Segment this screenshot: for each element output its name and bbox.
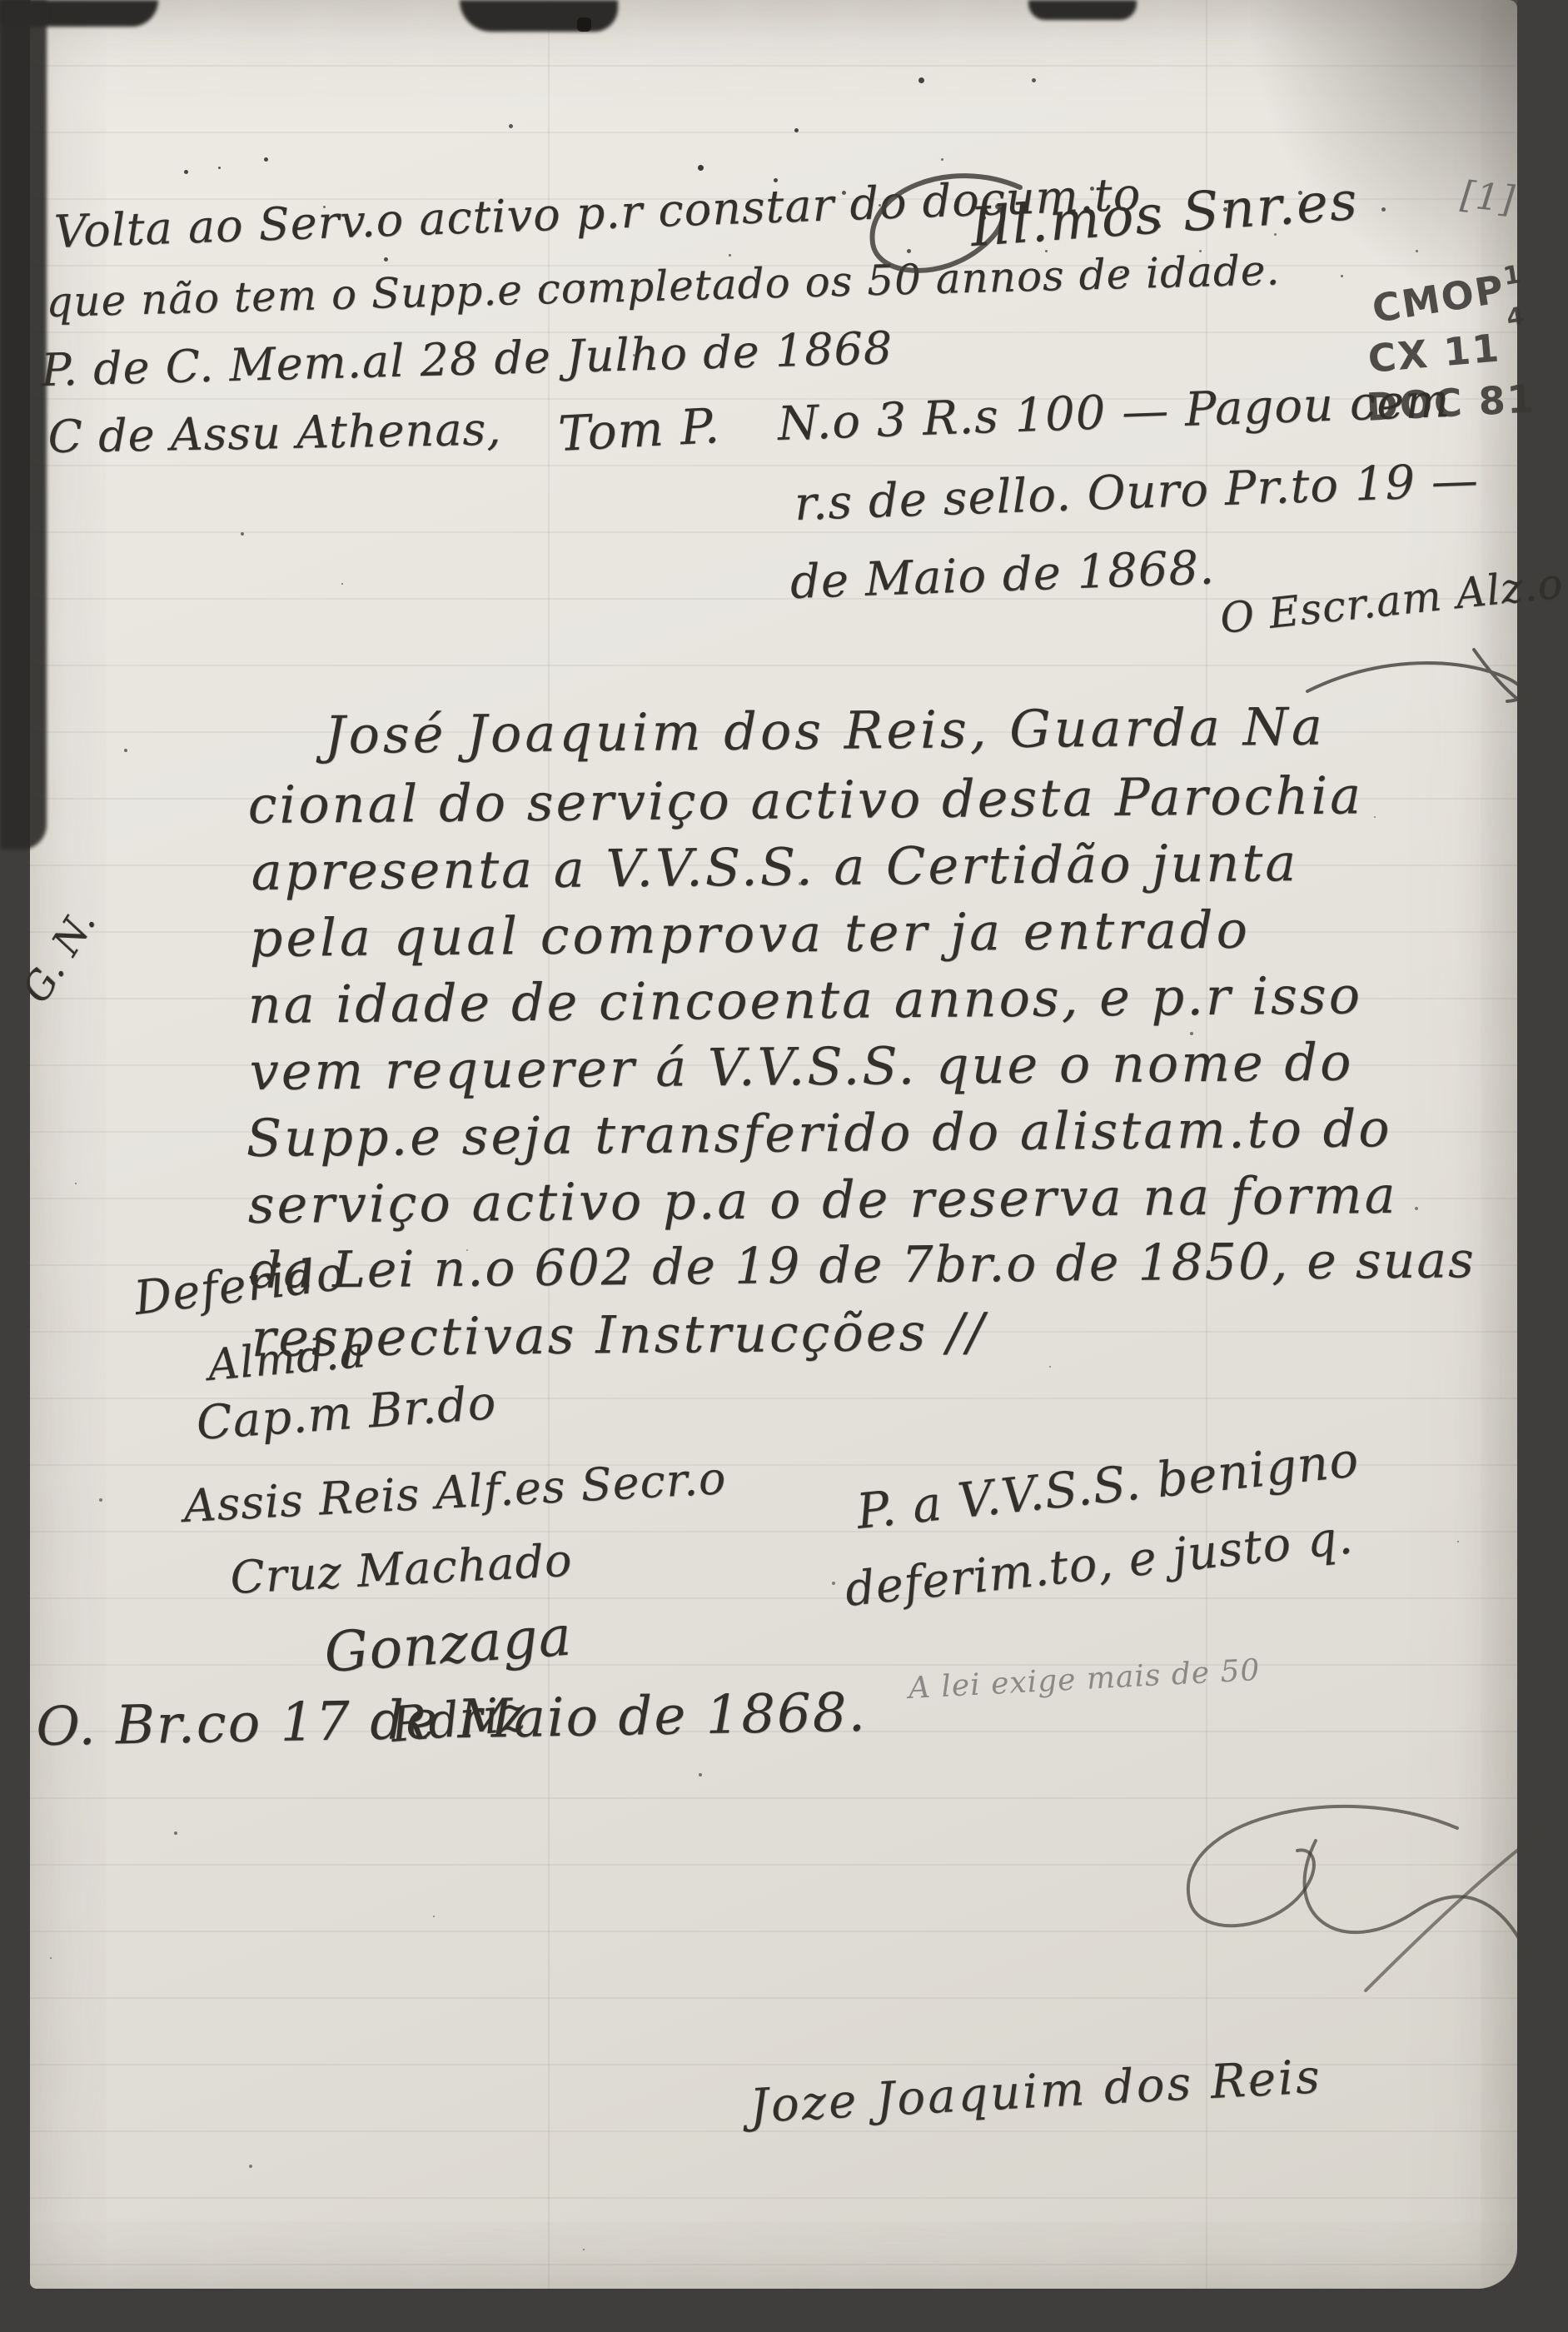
scanned-manuscript-page: [1] CMOP 1 4 CX 11 DOC 81 Volta ao Serv.… [0, 0, 1568, 2332]
scan-edge-artifact [460, 0, 618, 32]
clerk-signature-flourish [1299, 641, 1549, 716]
decision-signature-almeida: Almd.a [206, 1331, 367, 1388]
petition-line4: pela qual comprova ter ja entrado [249, 904, 1251, 964]
petition-line2: cional do serviço activo desta Parochia [247, 770, 1363, 831]
petition-line9: da Lei n.o 602 de 19 de 7br.o de 1850, e… [249, 1235, 1476, 1296]
rubric-flourish [1066, 1782, 1566, 2016]
scan-edge-artifact [0, 0, 47, 850]
dispatch-note-line4: C de Assu Athenas, [47, 406, 502, 460]
scan-edge-artifact [1028, 0, 1137, 20]
petition-line6: vem requerer á V.V.S.S. que o nome do [249, 1036, 1353, 1098]
petition-line7: Supp.e seja transferido do alistam.to do [246, 1103, 1391, 1164]
archive-stamp-box: CX 11 [1366, 328, 1502, 378]
dispatch-note-signature: Tom P. [557, 401, 721, 458]
petition-line5: na idade de cincoenta annos, e p.r isso [247, 969, 1362, 1031]
archive-stamp-fraction-bottom: 4 [1505, 304, 1527, 331]
decision-signature-gonzaga: Gonzaga [322, 1608, 574, 1681]
page-number-marker: [1] [1459, 177, 1517, 219]
dateline: O. Br.co 17 de Maio de 1868. [36, 1687, 867, 1754]
petition-line1: José Joaquim dos Reis, Guarda Na [324, 701, 1326, 761]
petition-line3: apresenta a V.V.S.S. a Certidão junta [251, 837, 1298, 898]
archive-stamp-fraction-top: 1 [1501, 262, 1524, 290]
ink-specks [0, 0, 2, 2]
petition-line8: serviço activo p.a o de reserva na forma [247, 1169, 1397, 1231]
